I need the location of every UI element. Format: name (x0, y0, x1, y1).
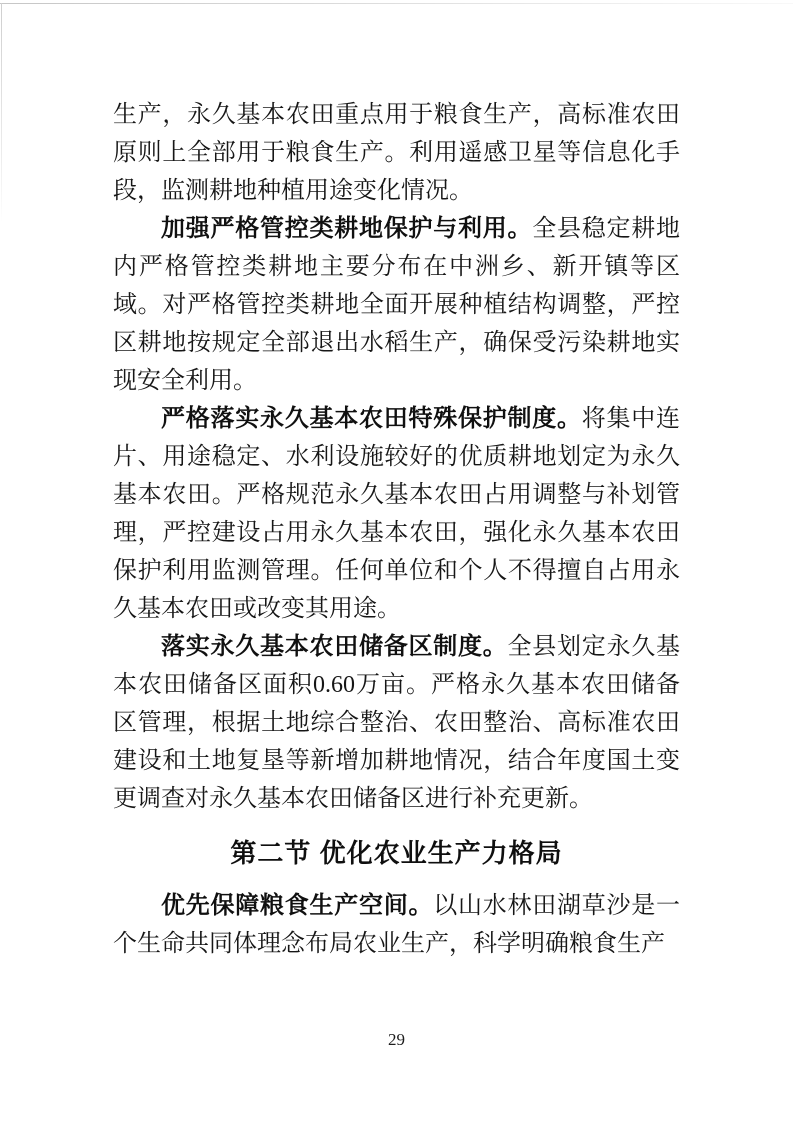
paragraph: 落实永久基本农田储备区制度。全县划定永久基本农田储备区面积0.60万亩。严格永久… (113, 628, 680, 818)
document-page: 生产，永久基本农田重点用于粮食生产，高标准农田原则上全部用于粮食生产。利用遥感卫… (0, 0, 793, 1122)
page-number: 29 (0, 1030, 793, 1050)
paragraph-text: 全县稳定耕地内严格管控类耕地主要分布在中洲乡、新开镇等区域。对严格管控类耕地全面… (113, 216, 680, 394)
paragraph-continued: 生产，永久基本农田重点用于粮食生产，高标准农田原则上全部用于粮食生产。利用遥感卫… (113, 96, 680, 210)
paragraph-lead: 优先保障粮食生产空间。 (161, 893, 433, 919)
section-heading: 第二节 优化农业生产力格局 (113, 833, 680, 873)
paragraph-lead: 落实永久基本农田储备区制度。 (161, 634, 508, 660)
scan-edge-left-artifact (1, 3, 2, 223)
paragraph-text: 全县划定永久基本农田储备区面积0.60万亩。严格永久基本农田储备区管理，根据土地… (113, 634, 680, 812)
paragraph-lead: 严格落实永久基本农田特殊保护制度。 (161, 406, 582, 432)
paragraph: 优先保障粮食生产空间。以山水林田湖草沙是一个生命共同体理念布局农业生产，科学明确… (113, 887, 680, 963)
paragraph-text: 将集中连片、用途稳定、水利设施较好的优质耕地划定为永久基本农田。严格规范永久基本… (113, 406, 680, 622)
paragraph-lead: 加强严格管控类耕地保护与利用。 (161, 216, 532, 242)
paragraph-text: 生产，永久基本农田重点用于粮食生产，高标准农田原则上全部用于粮食生产。利用遥感卫… (113, 102, 680, 204)
scan-edge-top-artifact (0, 3, 793, 4)
page-content: 生产，永久基本农田重点用于粮食生产，高标准农田原则上全部用于粮食生产。利用遥感卫… (0, 0, 793, 963)
paragraph: 加强严格管控类耕地保护与利用。全县稳定耕地内严格管控类耕地主要分布在中洲乡、新开… (113, 210, 680, 400)
paragraph: 严格落实永久基本农田特殊保护制度。将集中连片、用途稳定、水利设施较好的优质耕地划… (113, 400, 680, 628)
